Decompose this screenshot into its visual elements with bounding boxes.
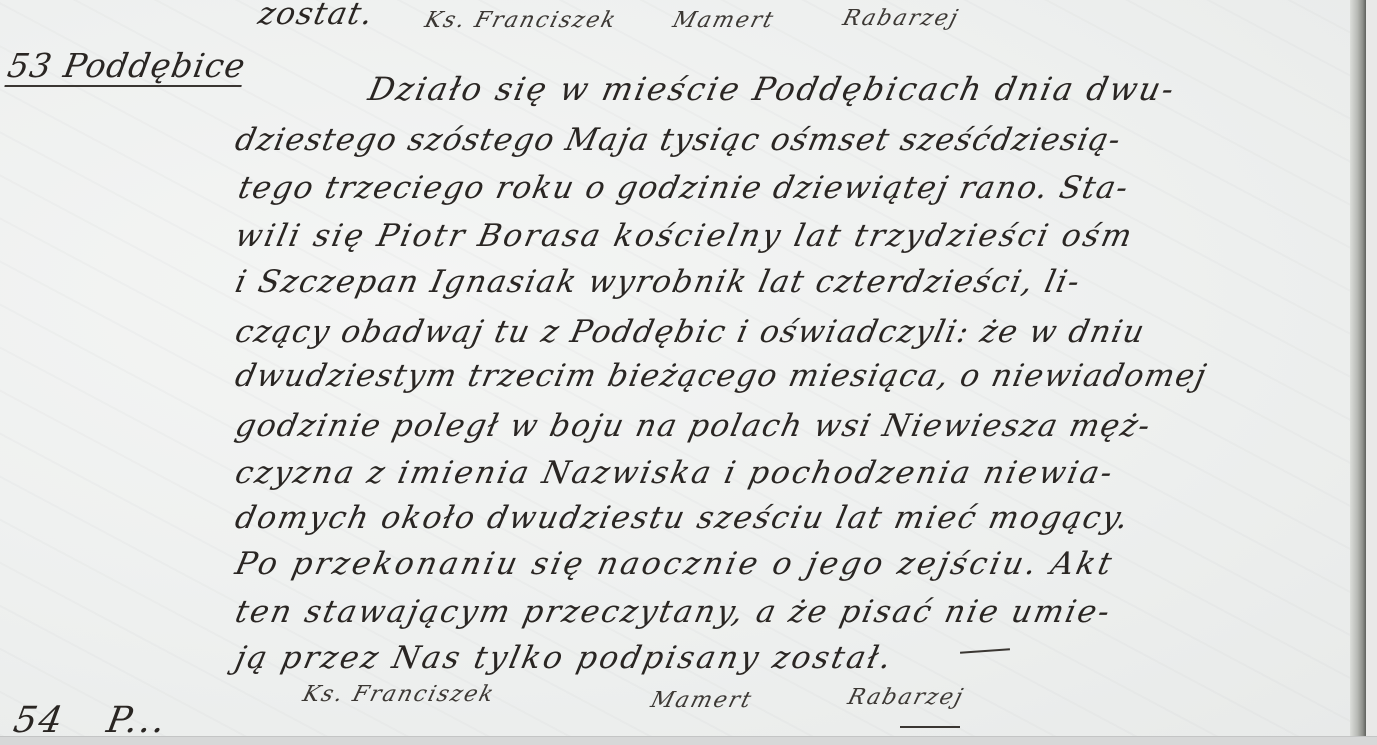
entry-heading: 53Poddębice: [4, 46, 248, 87]
entry-number: 53: [5, 46, 56, 85]
record-line-5: i Szczepan Ignasiak wyrobnik lat czterdz…: [232, 264, 1084, 300]
record-line-1: Działo się w mieście Poddębicach dnia dw…: [365, 70, 1179, 108]
signature-rabarzej: Rabarzej: [845, 685, 967, 710]
record-line-9: czyzna z imienia Nazwiska i pochodzenia …: [232, 455, 1118, 491]
record-line-8: godzinie poległ w boju na polach wsi Nie…: [232, 408, 1155, 444]
signature-underline: [900, 726, 960, 728]
entry-place: Poddębice: [61, 46, 249, 85]
signature-mamert: Mamert: [648, 688, 756, 713]
scan-margin-right: [1366, 0, 1377, 745]
record-line-12: ten stawającym przeczytany, a że pisać n…: [232, 594, 1115, 630]
record-line-7: dwudziestym trzecim bieżącego miesiąca, …: [232, 358, 1210, 394]
next-entry-place-start: P...: [104, 700, 170, 736]
prev-signature-mamert: Mamert: [670, 8, 778, 33]
record-line-13: ją przez Nas tylko podpisany został.: [232, 640, 897, 676]
signature-priest: Ks. Franciszek: [300, 682, 498, 707]
record-line-10: domych około dwudziestu sześciu lat mieć…: [232, 500, 1133, 536]
prev-signature-priest: Ks. Franciszek: [422, 8, 620, 33]
prev-entry-closing-word: zostat.: [255, 0, 377, 32]
scan-margin-bottom: [0, 736, 1377, 745]
next-entry-heading: 54 P...: [10, 700, 170, 736]
record-line-3: tego trzeciego roku o godzinie dziewiąte…: [235, 170, 1132, 206]
register-page: zostat. Ks. Franciszek Mamert Rabarzej 5…: [0, 0, 1366, 736]
page-binding-edge: [1350, 0, 1366, 736]
record-line-4: wili się Piotr Borasa kościelny lat trzy…: [232, 218, 1137, 254]
record-line-11: Po przekonaniu się naocznie o jego zejśc…: [232, 546, 1118, 582]
prev-signature-rabarzej: Rabarzej: [840, 6, 962, 31]
next-entry-number: 54: [10, 700, 67, 736]
closing-flourish: [960, 648, 1010, 653]
record-line-6: czący obadwaj tu z Poddębic i oświadczyl…: [232, 314, 1149, 350]
record-line-2: dziestego szóstego Maja tysiąc ośmset sz…: [232, 122, 1125, 158]
